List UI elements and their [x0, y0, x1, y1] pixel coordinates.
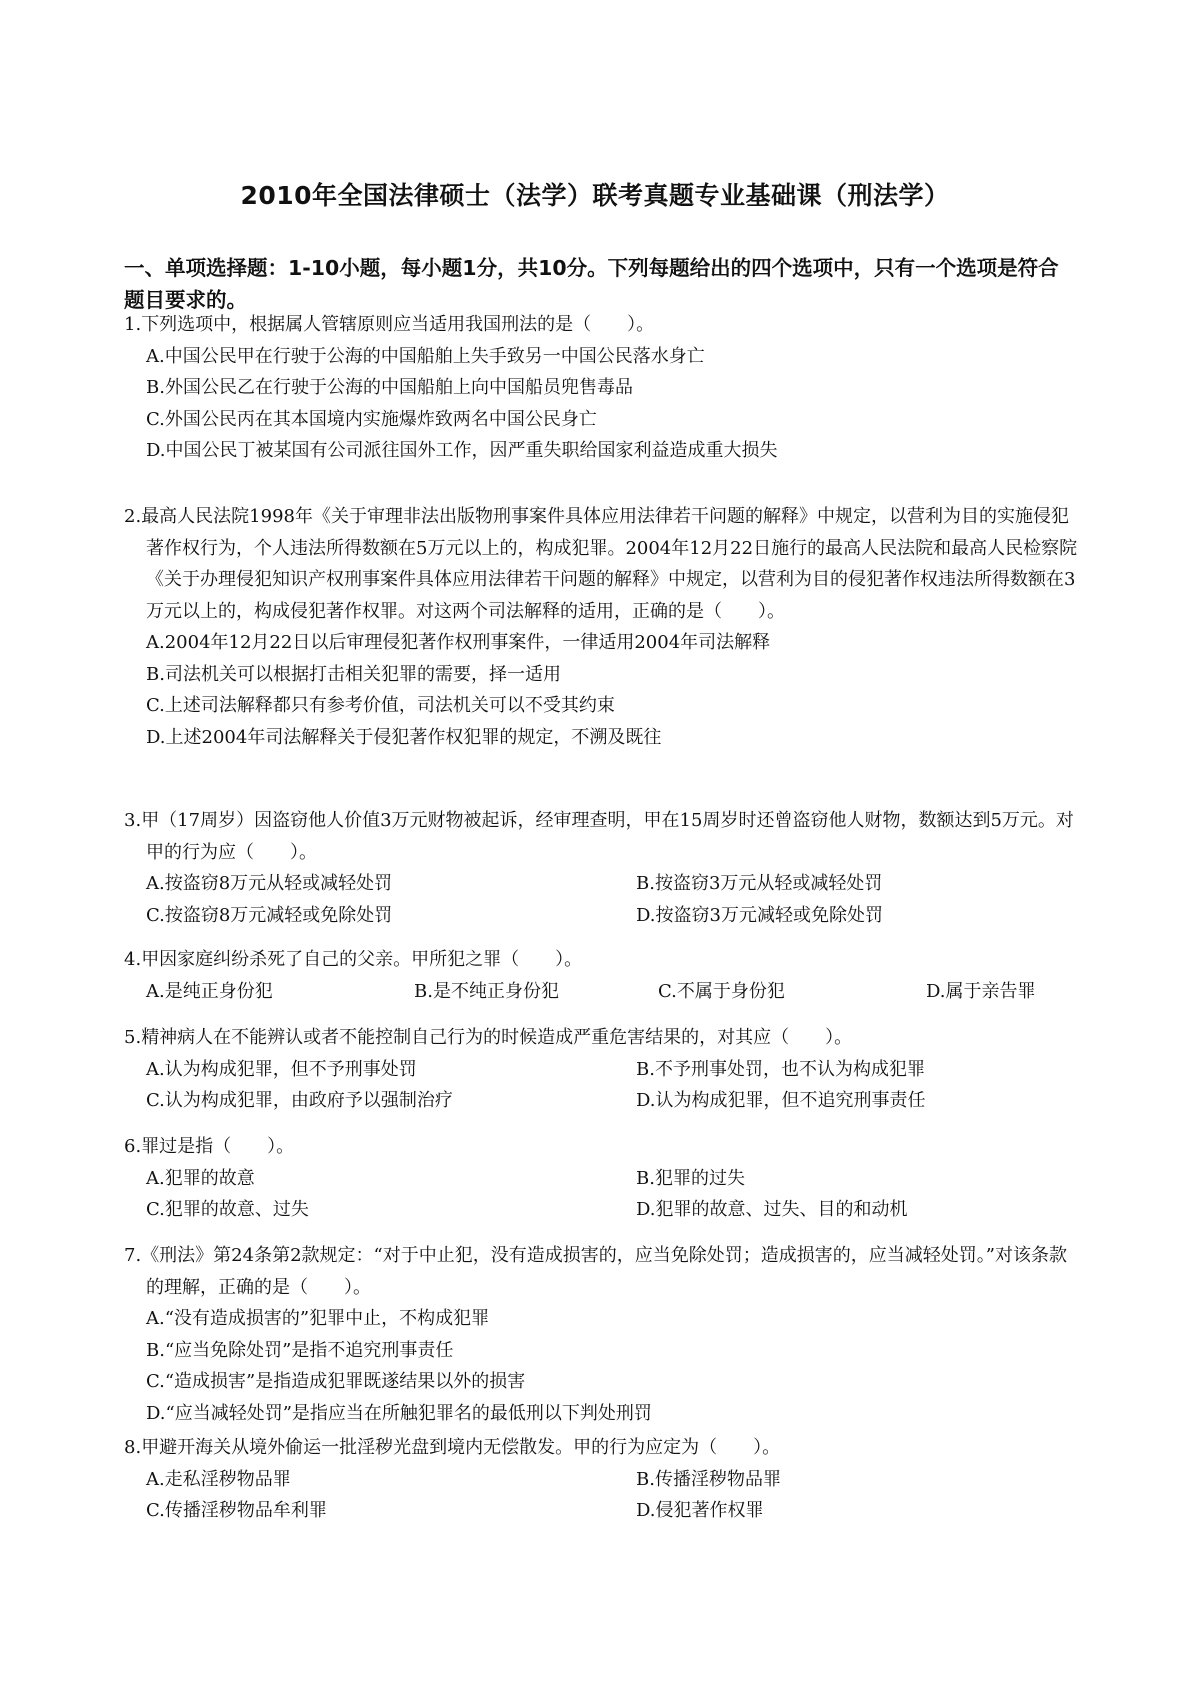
option-row: A.犯罪的故意 B.犯罪的过失 — [124, 1163, 1084, 1195]
question-text: 甲（17周岁）因盗窃他人价值3万元财物被起诉，经审理查明，甲在15周岁时还曾盗窃… — [141, 810, 1074, 863]
question-stem: 7.《刑法》第24条第2款规定：“对于中止犯，没有造成损害的，应当免除处罚；造成… — [124, 1240, 1084, 1303]
question-text: 甲因家庭纠纷杀死了自己的父亲。甲所犯之罪（ ）。 — [141, 949, 582, 970]
question-number: 1. — [124, 314, 141, 335]
option-c: C.传播淫秽物品牟利罪 — [124, 1495, 614, 1527]
option-d: D.上述2004年司法解释关于侵犯著作权犯罪的规定，不溯及既往 — [124, 722, 1084, 754]
option-c: C.“造成损害”是指造成犯罪既遂结果以外的损害 — [124, 1366, 1084, 1398]
question-text: 《刑法》第24条第2款规定：“对于中止犯，没有造成损害的，应当免除处罚；造成损害… — [141, 1245, 1067, 1298]
option-b: B.是不纯正身份犯 — [392, 976, 636, 1008]
option-d: D.侵犯著作权罪 — [614, 1495, 1104, 1527]
question-3: 3.甲（17周岁）因盗窃他人价值3万元财物被起诉，经审理查明，甲在15周岁时还曾… — [124, 805, 1084, 931]
question-stem: 8.甲避开海关从境外偷运一批淫秽光盘到境内无偿散发。甲的行为应定为（ ）。 — [124, 1432, 1084, 1464]
option-row: A.按盗窃8万元从轻或减轻处罚 B.按盗窃3万元从轻或减轻处罚 — [124, 868, 1084, 900]
option-row: C.认为构成犯罪，由政府予以强制治疗 D.认为构成犯罪，但不追究刑事责任 — [124, 1085, 1084, 1117]
question-number: 8. — [124, 1437, 141, 1458]
option-c: C.按盗窃8万元减轻或免除处罚 — [124, 900, 614, 932]
question-stem: 5.精神病人在不能辨认或者不能控制自己行为的时候造成严重危害结果的，对其应（ ）… — [124, 1022, 1084, 1054]
option-b: B.犯罪的过失 — [614, 1163, 1104, 1195]
option-c: C.不属于身份犯 — [636, 976, 904, 1008]
option-a: A.犯罪的故意 — [124, 1163, 614, 1195]
question-number: 6. — [124, 1136, 141, 1157]
option-row: A.是纯正身份犯 B.是不纯正身份犯 C.不属于身份犯 D.属于亲告罪 — [124, 976, 1084, 1008]
option-c: C.上述司法解释都只有参考价值，司法机关可以不受其约束 — [124, 690, 1084, 722]
question-text: 甲避开海关从境外偷运一批淫秽光盘到境内无偿散发。甲的行为应定为（ ）。 — [141, 1437, 780, 1458]
option-d: D.犯罪的故意、过失、目的和动机 — [614, 1194, 1104, 1226]
option-b: B.按盗窃3万元从轻或减轻处罚 — [614, 868, 1104, 900]
question-6: 6.罪过是指（ ）。 A.犯罪的故意 B.犯罪的过失 C.犯罪的故意、过失 D.… — [124, 1131, 1084, 1226]
option-a: A.走私淫秽物品罪 — [124, 1464, 614, 1496]
question-stem: 6.罪过是指（ ）。 — [124, 1131, 1084, 1163]
question-stem: 2.最高人民法院1998年《关于审理非法出版物刑事案件具体应用法律若干问题的解释… — [124, 501, 1084, 627]
question-number: 2. — [124, 506, 141, 527]
option-d: D.中国公民丁被某国有公司派往国外工作，因严重失职给国家利益造成重大损失 — [124, 435, 1084, 467]
option-d: D.认为构成犯罪，但不追究刑事责任 — [614, 1085, 1104, 1117]
option-a: A.按盗窃8万元从轻或减轻处罚 — [124, 868, 614, 900]
question-number: 4. — [124, 949, 141, 970]
section-heading: 一、单项选择题：1-10小题，每小题1分，共10分。下列每题给出的四个选项中，只… — [124, 252, 1074, 316]
option-a: A.中国公民甲在行驶于公海的中国船舶上失手致另一中国公民落水身亡 — [124, 341, 1084, 373]
option-a: A.是纯正身份犯 — [124, 976, 392, 1008]
option-b: B.“应当免除处罚”是指不追究刑事责任 — [124, 1335, 1084, 1367]
question-1: 1.下列选项中，根据属人管辖原则应当适用我国刑法的是（ ）。 A.中国公民甲在行… — [124, 309, 1084, 467]
option-row: C.按盗窃8万元减轻或免除处罚 D.按盗窃3万元减轻或免除处罚 — [124, 900, 1084, 932]
option-d: D.按盗窃3万元减轻或免除处罚 — [614, 900, 1104, 932]
option-c: C.认为构成犯罪，由政府予以强制治疗 — [124, 1085, 614, 1117]
option-a: A.2004年12月22日以后审理侵犯著作权刑事案件，一律适用2004年司法解释 — [124, 627, 1084, 659]
question-8: 8.甲避开海关从境外偷运一批淫秽光盘到境内无偿散发。甲的行为应定为（ ）。 A.… — [124, 1432, 1084, 1527]
option-c: C.外国公民丙在其本国境内实施爆炸致两名中国公民身亡 — [124, 404, 1084, 436]
option-row: C.传播淫秽物品牟利罪 D.侵犯著作权罪 — [124, 1495, 1084, 1527]
option-d: D.属于亲告罪 — [904, 976, 1036, 1008]
question-number: 3. — [124, 810, 141, 831]
question-text: 精神病人在不能辨认或者不能控制自己行为的时候造成严重危害结果的，对其应（ ）。 — [141, 1027, 852, 1048]
option-b: B.不予刑事处罚，也不认为构成犯罪 — [614, 1054, 1104, 1086]
question-stem: 3.甲（17周岁）因盗窃他人价值3万元财物被起诉，经审理查明，甲在15周岁时还曾… — [124, 805, 1084, 868]
question-5: 5.精神病人在不能辨认或者不能控制自己行为的时候造成严重危害结果的，对其应（ ）… — [124, 1022, 1084, 1117]
question-text: 最高人民法院1998年《关于审理非法出版物刑事案件具体应用法律若干问题的解释》中… — [141, 506, 1077, 622]
option-b: B.司法机关可以根据打击相关犯罪的需要，择一适用 — [124, 659, 1084, 691]
question-stem: 4.甲因家庭纠纷杀死了自己的父亲。甲所犯之罪（ ）。 — [124, 944, 1084, 976]
option-d: D.“应当减轻处罚”是指应当在所触犯罪名的最低刑以下判处刑罚 — [124, 1398, 1084, 1430]
option-b: B.传播淫秽物品罪 — [614, 1464, 1104, 1496]
question-number: 5. — [124, 1027, 141, 1048]
question-2: 2.最高人民法院1998年《关于审理非法出版物刑事案件具体应用法律若干问题的解释… — [124, 501, 1084, 753]
question-7: 7.《刑法》第24条第2款规定：“对于中止犯，没有造成损害的，应当免除处罚；造成… — [124, 1240, 1084, 1429]
option-a: A.“没有造成损害的”犯罪中止，不构成犯罪 — [124, 1303, 1084, 1335]
option-a: A.认为构成犯罪，但不予刑事处罚 — [124, 1054, 614, 1086]
question-text: 罪过是指（ ）。 — [141, 1136, 294, 1157]
option-row: C.犯罪的故意、过失 D.犯罪的故意、过失、目的和动机 — [124, 1194, 1084, 1226]
option-c: C.犯罪的故意、过失 — [124, 1194, 614, 1226]
question-text: 下列选项中，根据属人管辖原则应当适用我国刑法的是（ ）。 — [141, 314, 654, 335]
option-row: A.认为构成犯罪，但不予刑事处罚 B.不予刑事处罚，也不认为构成犯罪 — [124, 1054, 1084, 1086]
question-stem: 1.下列选项中，根据属人管辖原则应当适用我国刑法的是（ ）。 — [124, 309, 1084, 341]
document-title: 2010年全国法律硕士（法学）联考真题专业基础课（刑法学） — [0, 180, 1190, 212]
option-row: A.走私淫秽物品罪 B.传播淫秽物品罪 — [124, 1464, 1084, 1496]
option-b: B.外国公民乙在行驶于公海的中国船舶上向中国船员兜售毒品 — [124, 372, 1084, 404]
question-4: 4.甲因家庭纠纷杀死了自己的父亲。甲所犯之罪（ ）。 A.是纯正身份犯 B.是不… — [124, 944, 1084, 1007]
exam-page: 2010年全国法律硕士（法学）联考真题专业基础课（刑法学） 一、单项选择题：1-… — [0, 0, 1190, 1683]
question-number: 7. — [124, 1245, 141, 1266]
